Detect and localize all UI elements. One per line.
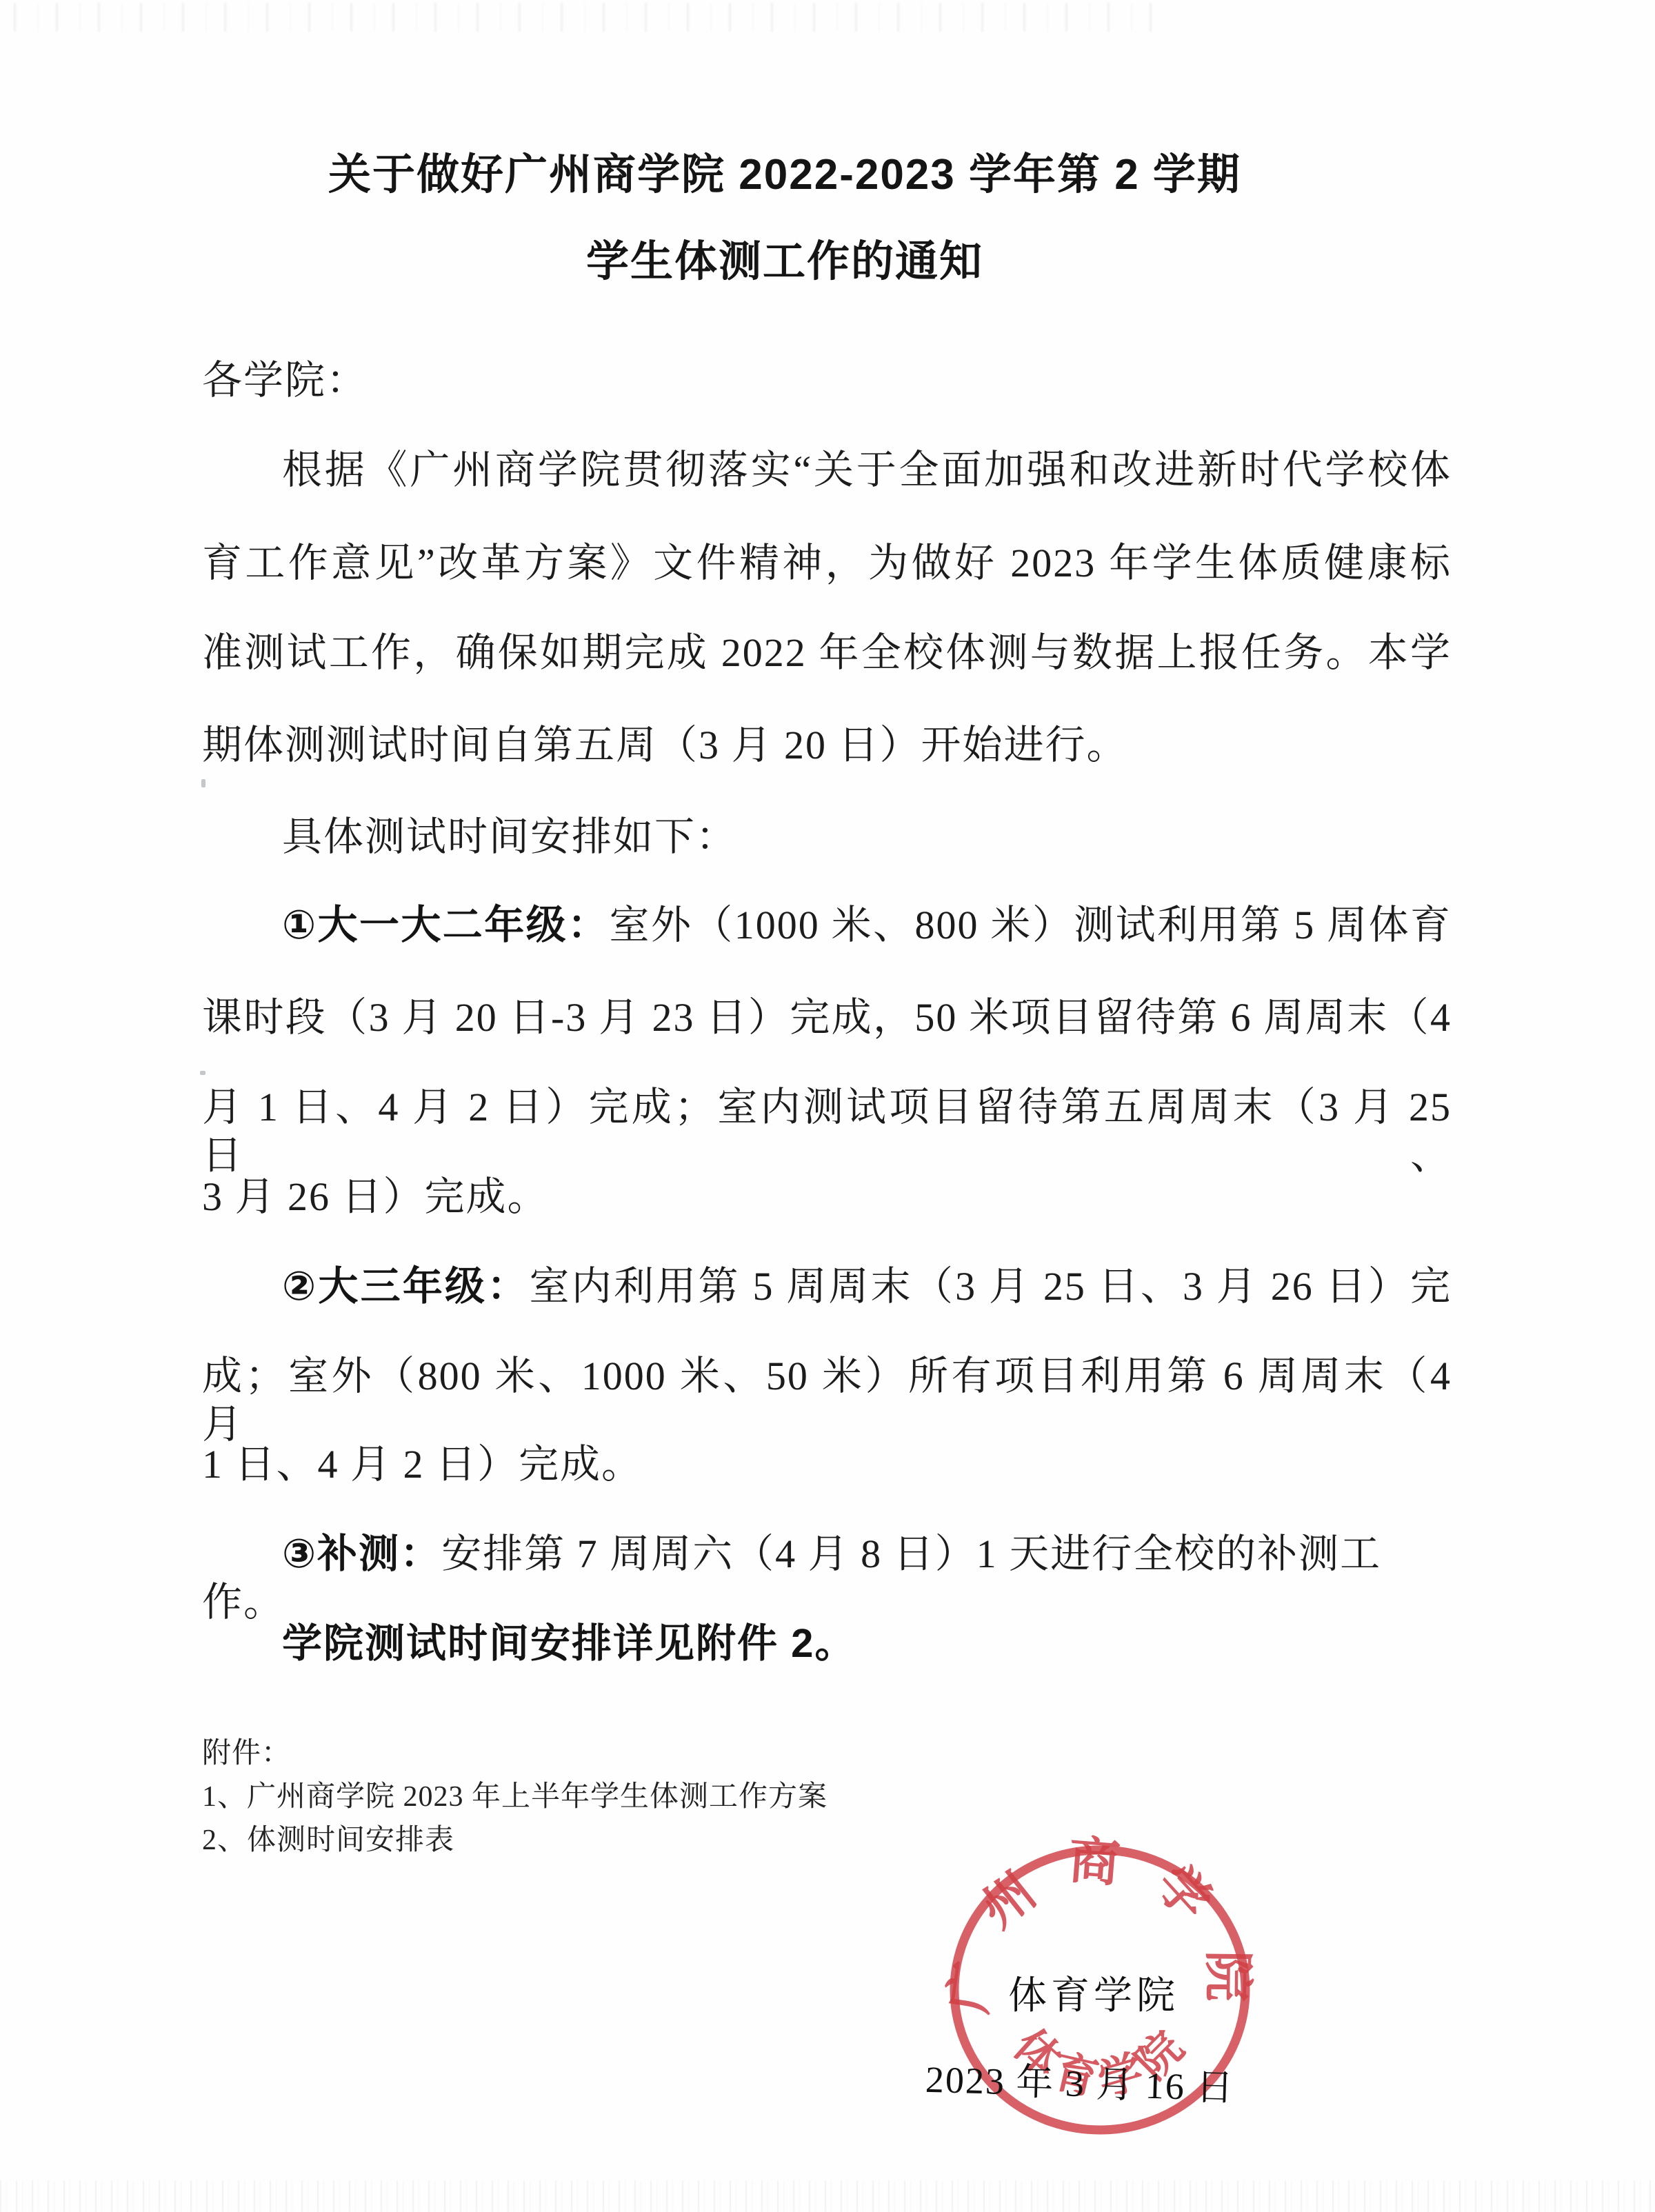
body-line-text: 准测试工作，确保如期完成 2022 年全校体测与数据上报任务。本学	[202, 630, 1452, 675]
body-line-text: 根据《广州商学院贯彻落实“关于全面加强和改进新时代学校体	[282, 448, 1452, 492]
body-line: 成；室外（800 米、1000 米、50 米）所有项目利用第 6 周周末（4 月	[202, 1352, 1452, 1449]
body-line: ③补测：安排第 7 周周六（4 月 8 日）1 天进行全校的补测工作。	[202, 1530, 1452, 1627]
document-title-line-1: 关于做好广州商学院 2022-2023 学年第 2 学期	[109, 150, 1461, 200]
signature-department: 体育学院	[1008, 1965, 1179, 2020]
document-title-line-2: 学生体测工作的通知	[109, 237, 1461, 287]
body-line-text: 室外（1000 米、800 米）测试利用第 5 周体育	[609, 903, 1452, 947]
scan-speck	[200, 1071, 205, 1075]
body-line-text: 期体测测试时间自第五周（3 月 20 日）开始进行。	[202, 723, 1128, 767]
body-line-text: 成；室外（800 米、1000 米、50 米）所有项目利用第 6 周周末（4 月	[202, 1354, 1463, 1447]
attachment-item: 1、广州商学院 2023 年上半年学生体测工作方案	[202, 1776, 1236, 1819]
body-line-text: 室内利用第 5 周周末（3 月 25 日、3 月 26 日）完	[530, 1264, 1452, 1309]
document-page: 关于做好广州商学院 2022-2023 学年第 2 学期 学生体测工作的通知 各…	[0, 0, 1655, 2212]
body-line-text: 课时段（3 月 20 日-3 月 23 日）完成，50 米项目留待第 6 周周末…	[202, 995, 1452, 1040]
body-line-bold: 学院测试时间安排详见附件 2。	[282, 1621, 856, 1666]
body-line: 1 日、4 月 2 日）完成。	[202, 1440, 1452, 1489]
body-line: 学院测试时间安排详见附件 2。	[202, 1620, 1452, 1668]
body-line-text: 1 日、4 月 2 日）完成。	[202, 1442, 643, 1487]
body-line: 育工作意见”改革方案》文件精神，为做好 2023 年学生体质健康标	[202, 539, 1452, 587]
body-line: 期体测测试时间自第五周（3 月 20 日）开始进行。	[202, 721, 1452, 770]
body-line-bold: ①大一大二年级：	[282, 903, 609, 947]
body-line: 准测试工作，确保如期完成 2022 年全校体测与数据上报任务。本学	[202, 629, 1452, 677]
body-line: 课时段（3 月 20 日-3 月 23 日）完成，50 米项目留待第 6 周周末…	[202, 994, 1452, 1042]
body-line-bold: ③补测：	[282, 1531, 441, 1576]
body-line-text: 育工作意见”改革方案》文件精神，为做好 2023 年学生体质健康标	[202, 541, 1452, 585]
scan-artifact-top	[14, 3, 1158, 32]
body-line-text: 月 1 日、4 月 2 日）完成；室内测试项目留待第五周周末（3 月 25 日、	[202, 1085, 1463, 1178]
body-line: ②大三年级：室内利用第 5 周周末（3 月 25 日、3 月 26 日）完	[202, 1263, 1452, 1311]
body-line-bold: ②大三年级：	[282, 1264, 530, 1309]
body-line: 月 1 日、4 月 2 日）完成；室内测试项目留待第五周周末（3 月 25 日、	[202, 1083, 1452, 1180]
body-line: ①大一大二年级：室外（1000 米、800 米）测试利用第 5 周体育	[202, 901, 1452, 949]
body-line: 根据《广州商学院贯彻落实“关于全面加强和改进新时代学校体	[202, 446, 1452, 494]
salutation: 各学院：	[202, 356, 1452, 405]
body-line-text: 3 月 26 日）完成。	[202, 1174, 549, 1219]
attachments-label: 附件：	[202, 1732, 1236, 1776]
signature-date: 2023 年 3 月 16 日	[925, 2050, 1285, 2113]
scan-speck	[201, 779, 205, 787]
body-line: 具体测试时间安排如下：	[202, 813, 1452, 861]
body-line-text: 具体测试时间安排如下：	[282, 814, 737, 859]
body-line: 3 月 26 日）完成。	[202, 1173, 1452, 1221]
scan-artifact-bottom	[0, 2180, 1655, 2212]
